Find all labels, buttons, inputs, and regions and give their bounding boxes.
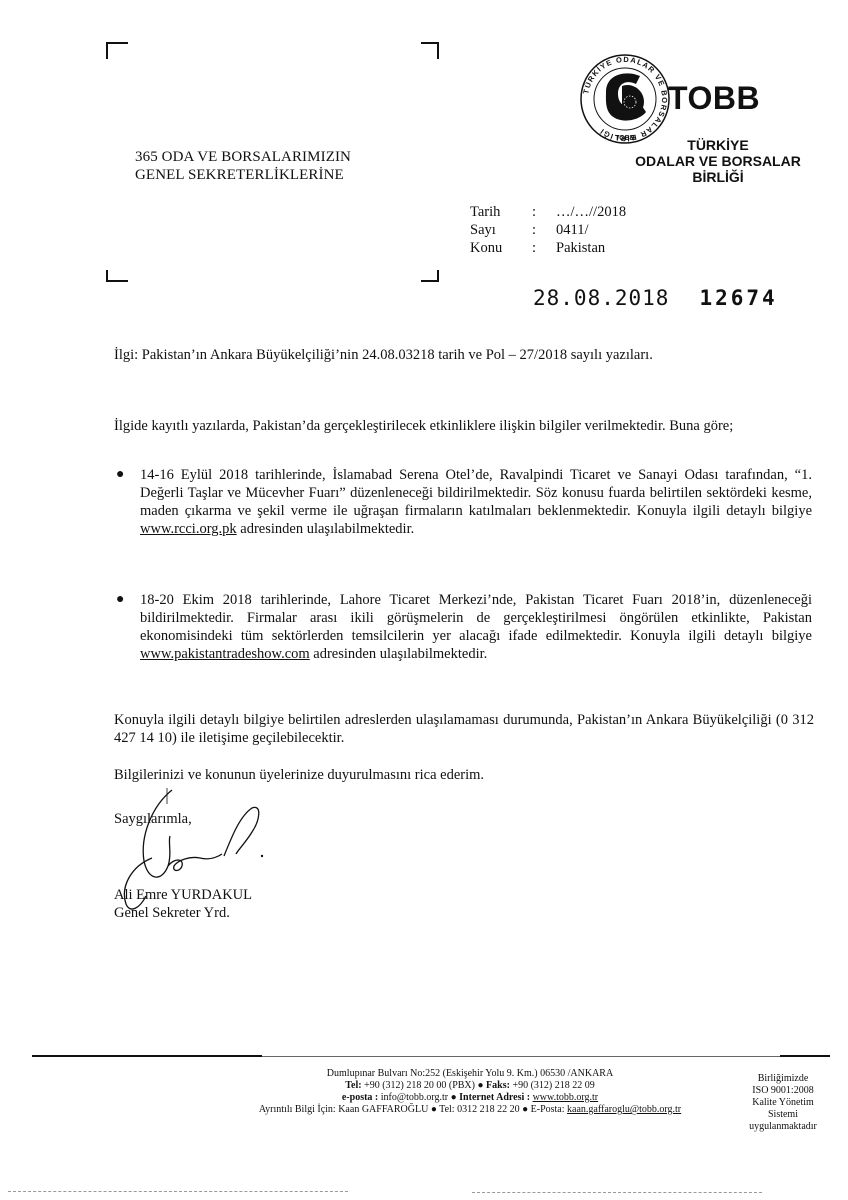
footer-address: Dumlupınar Bulvarı No:252 (Eskişehir Yol…: [220, 1068, 720, 1080]
tobb-wordmark: TOBB: [668, 80, 760, 117]
detail-email-label: E-Posta:: [528, 1104, 567, 1115]
meta-label: Konu: [470, 239, 532, 257]
contact-paragraph: Konuyla ilgili detaylı bilgiye belirtile…: [114, 711, 814, 747]
reference-line: İlgi: Pakistan’ın Ankara Büyükelçiliği’n…: [114, 346, 814, 364]
detail-email-link[interactable]: kaan.gaffaroglu@tobb.org.tr: [567, 1104, 681, 1115]
meta-value: …/…//2018: [556, 203, 626, 221]
signatory-name: Ali Emre YURDAKUL: [114, 886, 252, 904]
iso-line: Kalite Yönetim: [728, 1097, 838, 1109]
fax-value: +90 (312) 218 22 09: [510, 1080, 595, 1091]
meta-sep: :: [532, 221, 556, 239]
registry-stamp: 28.08.201812674: [533, 286, 778, 310]
corner-mark-top-left: [106, 42, 128, 59]
signatory-title: Genel Sekreter Yrd.: [114, 904, 230, 922]
stamp-date: 28.08.2018: [533, 286, 669, 310]
recipient-line: GENEL SEKRETERLİKLERİNE: [135, 166, 351, 184]
detail-contact: Ayrıntılı Bilgi İçin: Kaan GAFFAROĞLU: [259, 1104, 431, 1115]
link-rcci[interactable]: www.rcci.org.pk: [140, 521, 237, 537]
recipient-line: 365 ODA VE BORSALARIMIZIN: [135, 148, 351, 166]
scan-artifact-line: [8, 1191, 348, 1192]
meta-label: Tarih: [470, 203, 532, 221]
footer-divider: [32, 1055, 262, 1057]
stamp-number: 12674: [699, 286, 777, 310]
closing-request: Bilgilerinizi ve konunun üyelerinize duy…: [114, 766, 814, 784]
iso-line: ISO 9001:2008: [728, 1085, 838, 1097]
meta-label: Sayı: [470, 221, 532, 239]
meta-sep: :: [532, 239, 556, 257]
bullet-text: 18-20 Ekim 2018 tarihlerinde, Lahore Tic…: [140, 592, 812, 644]
bullet-text: adresinden ulaşılabilmektedir.: [237, 521, 415, 537]
meta-value: Pakistan: [556, 239, 626, 257]
iso-line: Sistemi: [728, 1109, 838, 1121]
iso-note: Birliğimizde ISO 9001:2008 Kalite Yöneti…: [728, 1073, 838, 1133]
tobb-seal-icon: TÜRKİYE ODALAR VE BORSALAR BİRLİĞİ TOBB: [578, 52, 672, 146]
footer-detail-line: Ayrıntılı Bilgi İçin: Kaan GAFFAROĞLU ● …: [160, 1104, 780, 1116]
bullet-icon: ●: [116, 466, 124, 484]
bullet-text: adresinden ulaşılabilmektedir.: [310, 646, 488, 662]
organization-name: TÜRKİYE ODALAR VE BORSALAR BİRLİĞİ: [600, 137, 836, 185]
corner-mark-bottom-left: [106, 270, 128, 282]
email-value[interactable]: info@tobb.org.tr: [378, 1092, 450, 1103]
corner-mark-bottom-right: [421, 270, 439, 282]
iso-line: uygulanmaktadır: [728, 1121, 838, 1133]
fax-label: Faks:: [486, 1080, 510, 1091]
footer-contact: Dumlupınar Bulvarı No:252 (Eskişehir Yol…: [220, 1068, 720, 1116]
org-line: ODALAR VE BORSALAR: [600, 153, 836, 169]
email-label: e-posta :: [342, 1092, 378, 1103]
recipient-address: 365 ODA VE BORSALARIMIZIN GENEL SEKRETER…: [135, 148, 351, 184]
bullet-item: ● 18-20 Ekim 2018 tarihlerinde, Lahore T…: [140, 591, 812, 663]
bullet-text: 14-16 Eylül 2018 tarihlerinde, İslamabad…: [140, 467, 812, 519]
footer-web-line: e-posta : info@tobb.org.tr ● Internet Ad…: [220, 1092, 720, 1104]
document-meta: Tarih : …/…//2018 Sayı : 0411/ Konu : Pa…: [470, 203, 626, 257]
detail-tel: Tel: 0312 218 22 20: [437, 1104, 522, 1115]
org-line: BİRLİĞİ: [600, 169, 836, 185]
meta-row-subject: Konu : Pakistan: [470, 239, 626, 257]
corner-mark-top-right: [421, 42, 439, 59]
tel-label: Tel:: [345, 1080, 361, 1091]
meta-value: 0411/: [556, 221, 626, 239]
footer-divider: [262, 1056, 822, 1057]
footer-phone-line: Tel: +90 (312) 218 20 00 (PBX) ● Faks: +…: [220, 1080, 720, 1092]
footer-divider: [780, 1055, 830, 1057]
separator-icon: ●: [451, 1092, 457, 1103]
scan-artifact-line: [472, 1192, 762, 1193]
bullet-icon: ●: [116, 591, 124, 609]
link-pakistantradeshow[interactable]: www.pakistantradeshow.com: [140, 646, 310, 662]
web-label: Internet Adresi :: [459, 1092, 530, 1103]
iso-line: Birliğimizde: [728, 1073, 838, 1085]
web-link[interactable]: www.tobb.org.tr: [533, 1092, 599, 1103]
meta-row-date: Tarih : …/…//2018: [470, 203, 626, 221]
intro-paragraph: İlgide kayıtlı yazılarda, Pakistan’da ge…: [114, 417, 814, 435]
meta-row-number: Sayı : 0411/: [470, 221, 626, 239]
meta-sep: :: [532, 203, 556, 221]
org-line: TÜRKİYE: [600, 137, 836, 153]
tel-value: +90 (312) 218 20 00 (PBX): [362, 1080, 478, 1091]
separator-icon: ●: [477, 1080, 483, 1091]
bullet-item: ● 14-16 Eylül 2018 tarihlerinde, İslamab…: [140, 466, 812, 538]
